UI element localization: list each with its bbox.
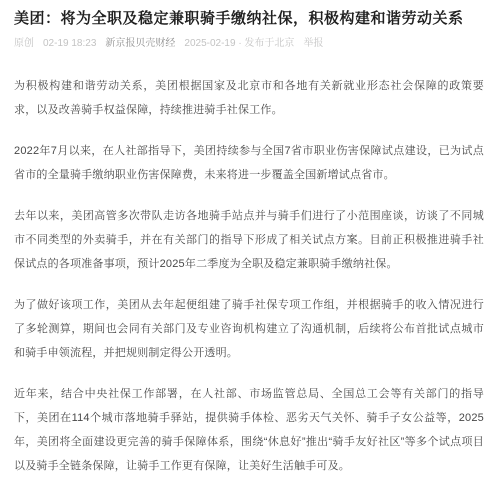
article-paragraph: 去年以来，美团高管多次带队走访各地骑手站点并与骑手们进行了小范围座谈，访谈了不同…	[14, 204, 484, 276]
article-paragraph: 为了做好该项工作，美团从去年起便组建了骑手社保专项工作组，并根据骑手的收入情况进…	[14, 293, 484, 365]
article-paragraph: 近年来，结合中央社保工作部署，在人社部、市场监管总局、全国总工会等有关部门的指导…	[14, 382, 484, 478]
article-paragraph: 2022年7月以来，在人社部指导下，美团持续参与全国7省市职业伤害保障试点建设，…	[14, 139, 484, 187]
publish-location: 2025-02-19 · 发布于北京	[184, 38, 294, 50]
article-meta: 原创 02-19 18:23 新京报贝壳财经 2025-02-19 · 发布于北…	[14, 38, 484, 50]
article-title: 美团：将为全职及稳定兼职骑手缴纳社保，积极构建和谐劳动关系	[14, 9, 484, 28]
source-link[interactable]: 新京报贝壳财经	[105, 38, 175, 50]
original-tag: 原创	[14, 38, 34, 50]
article-paragraph: 为积极构建和谐劳动关系，美团根据国家及北京市和各地有关新就业形态社会保障的政策要…	[14, 74, 484, 122]
publish-time: 02-19 18:23	[43, 38, 96, 50]
article-page: 美团：将为全职及稳定兼职骑手缴纳社保，积极构建和谐劳动关系 原创 02-19 1…	[0, 0, 500, 490]
article-body: 为积极构建和谐劳动关系，美团根据国家及北京市和各地有关新就业形态社会保障的政策要…	[14, 74, 484, 478]
report-link[interactable]: 举报	[303, 38, 323, 50]
